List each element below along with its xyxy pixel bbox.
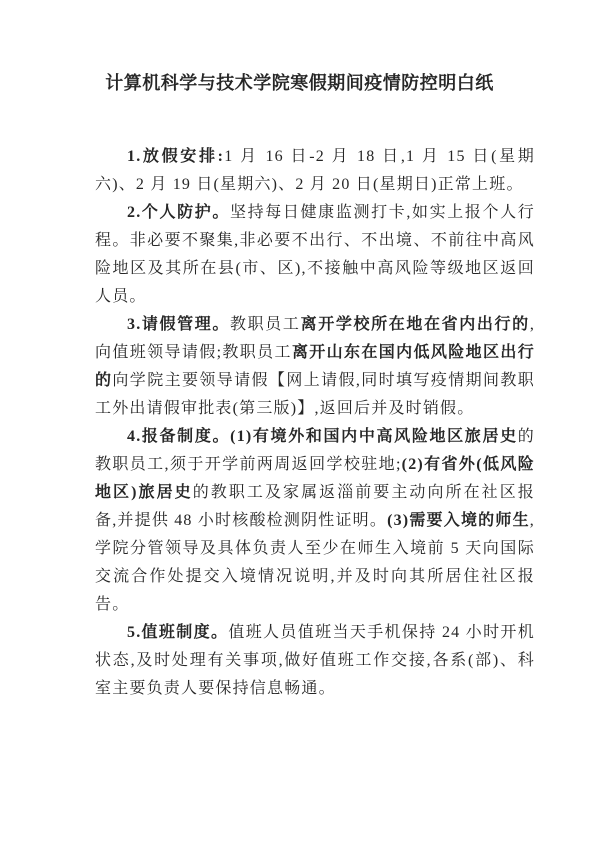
document-title: 计算机科学与技术学院寒假期间疫情防控明白纸: [0, 70, 599, 97]
bold-text-run: 2.个人防护。: [127, 204, 230, 221]
text-run: 教职员工: [230, 316, 301, 333]
bold-text-run: 4.报备制度。(1)有境外和国内中高风险地区旅居史: [127, 428, 518, 445]
paragraph: 3.请假管理。教职员工离开学校所在地在省内出行的,向值班领导请假;教职员工离开山…: [95, 311, 535, 423]
paragraph: 4.报备制度。(1)有境外和国内中高风险地区旅居史的教职员工,须于开学前两周返回…: [95, 423, 535, 619]
document-page: 计算机科学与技术学院寒假期间疫情防控明白纸 1.放假安排:1 月 16 日-2 …: [0, 0, 599, 848]
bold-text-run: 离开学校所在地在省内出行的: [301, 316, 530, 333]
paragraph: 5.值班制度。值班人员值班当天手机保持 24 小时开机状态,及时处理有关事项,做…: [95, 619, 535, 703]
paragraph: 1.放假安排:1 月 16 日-2 月 18 日,1 月 15 日(星期六)、2…: [95, 143, 535, 199]
text-run: 向学院主要领导请假【网上请假,同时填写疫情期间教职工外出请假审批表(第三版)】,…: [95, 372, 535, 417]
bold-text-run: (3)需要入境的师生: [387, 512, 530, 529]
bold-text-run: 1.放假安排:: [127, 148, 224, 165]
paragraph: 2.个人防护。坚持每日健康监测打卡,如实上报个人行程。非必要不聚集,非必要不出行…: [95, 199, 535, 311]
bold-text-run: 5.值班制度。: [127, 624, 228, 641]
bold-text-run: 3.请假管理。: [127, 316, 230, 333]
document-body: 1.放假安排:1 月 16 日-2 月 18 日,1 月 15 日(星期六)、2…: [95, 143, 535, 703]
